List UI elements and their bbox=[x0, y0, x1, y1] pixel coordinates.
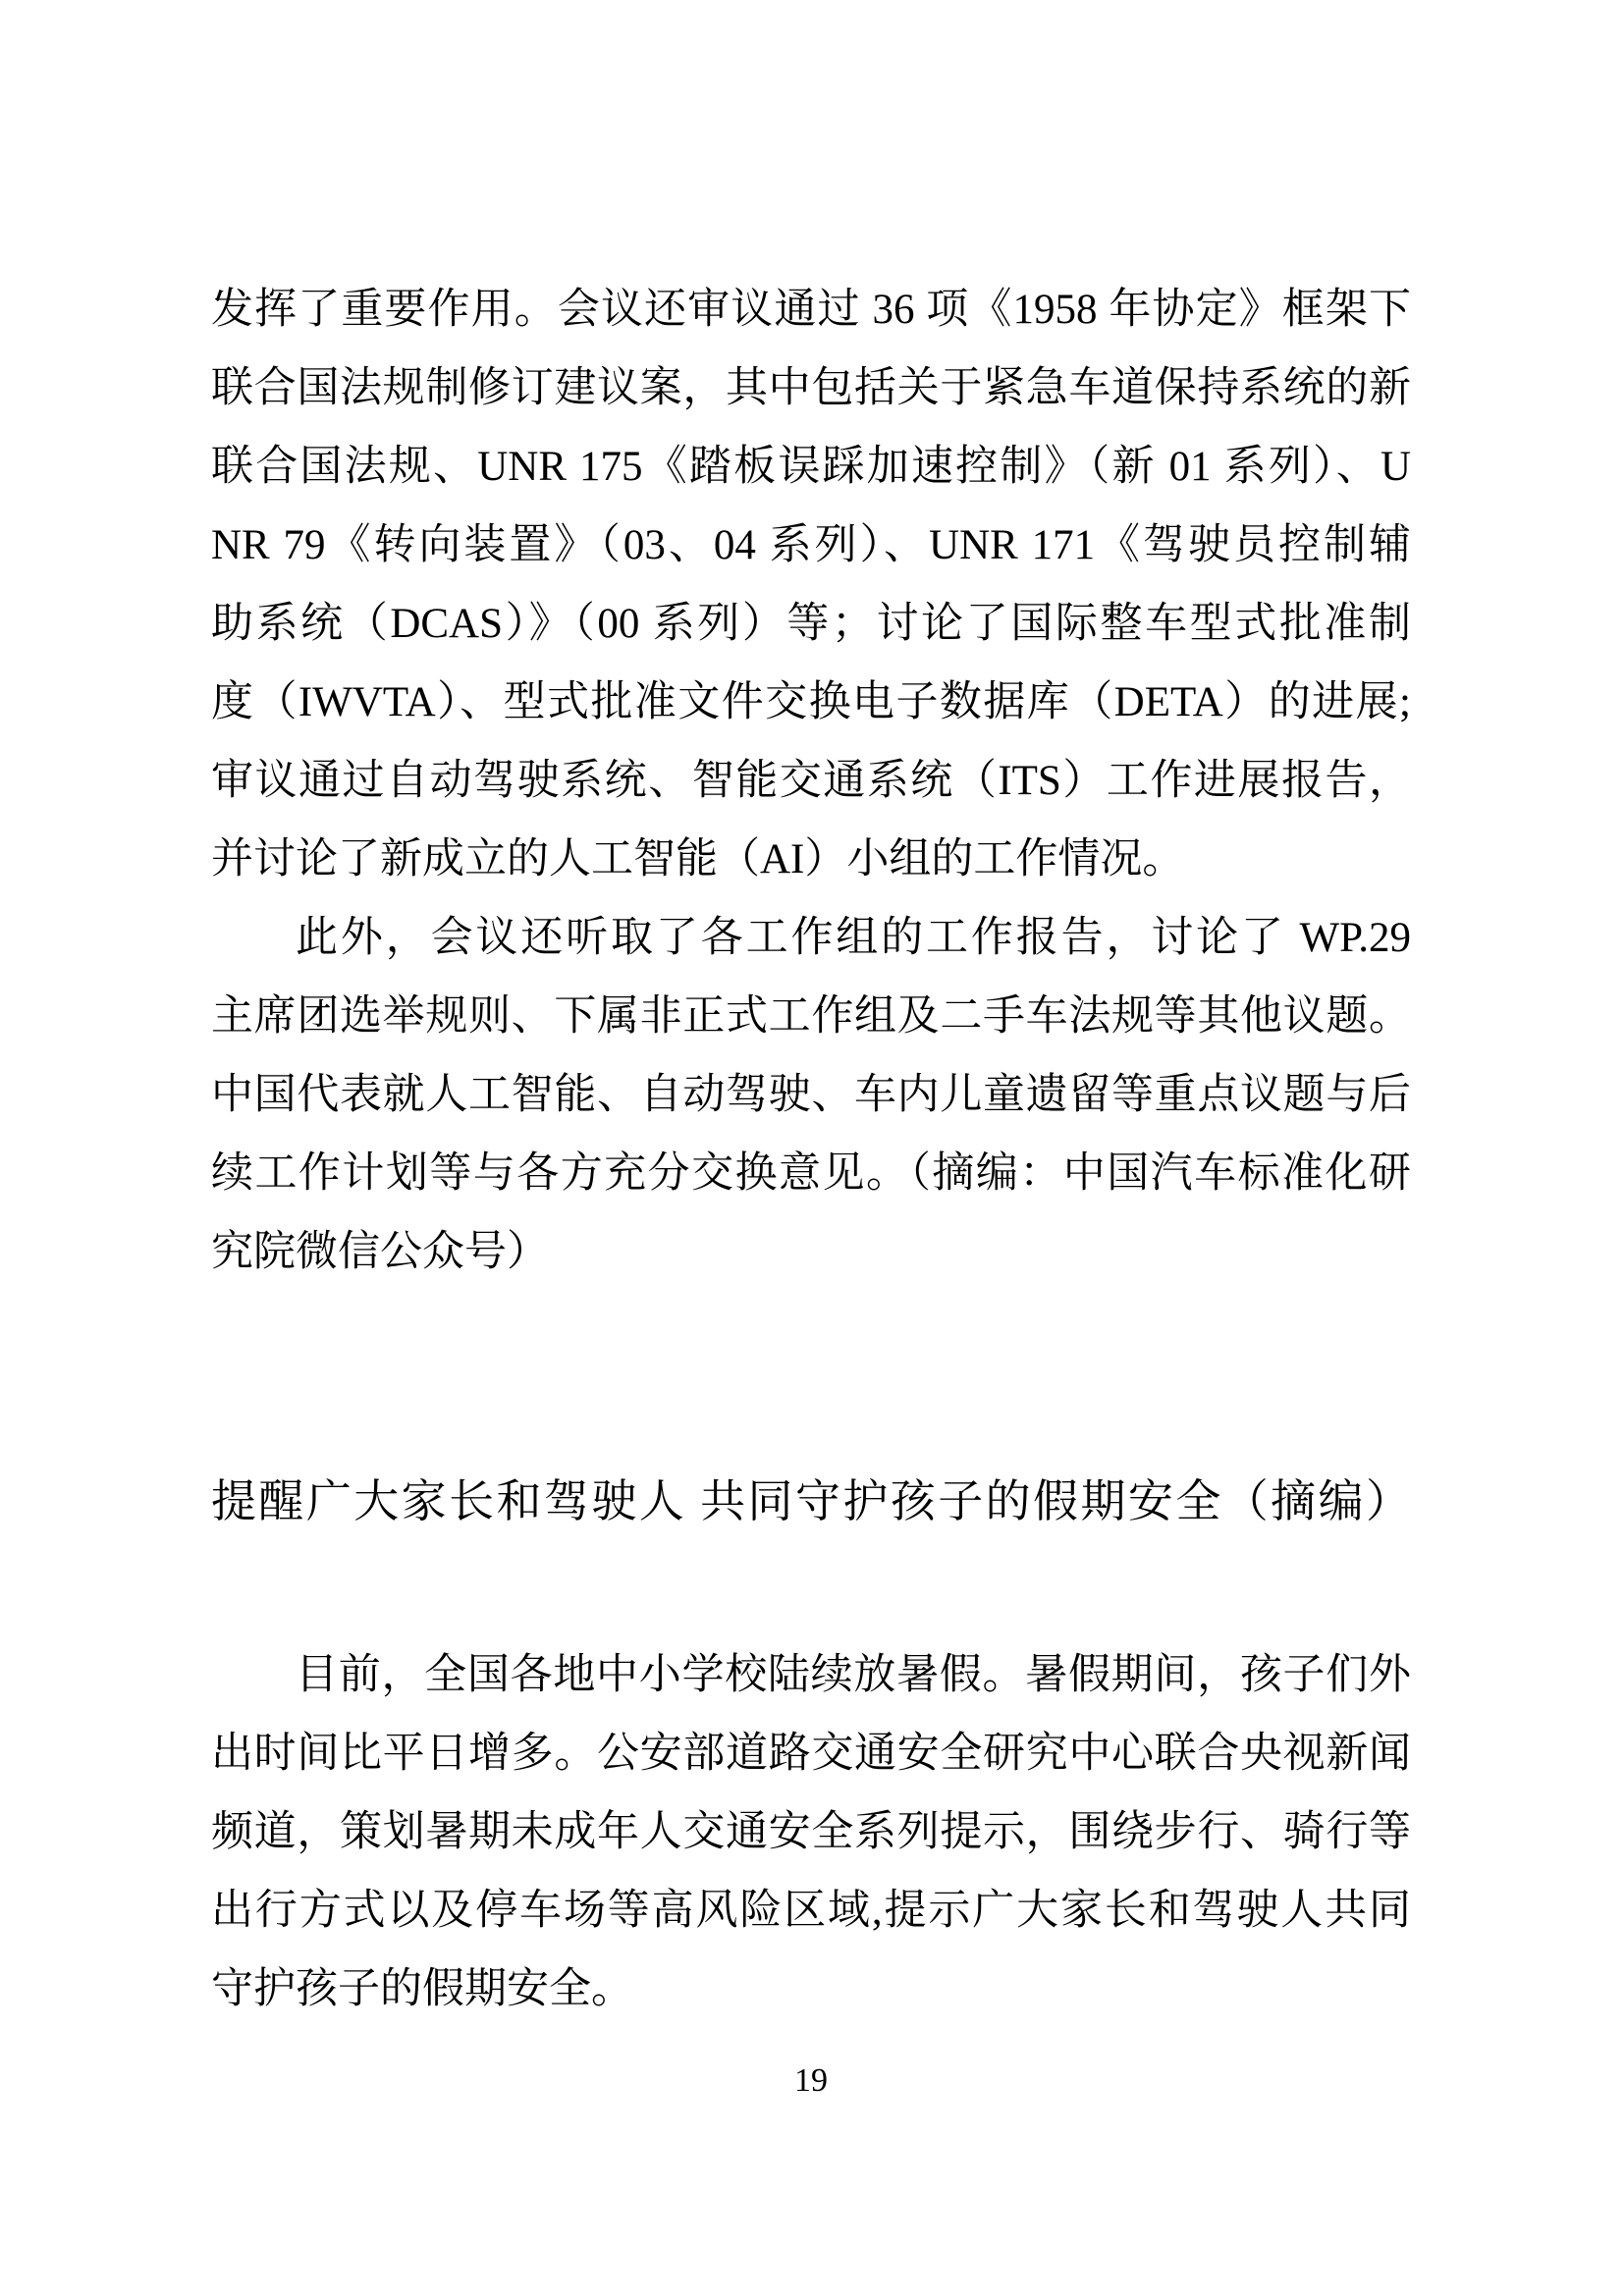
paragraph1-line: 联合国法规、UNR 175《踏板误踩加速控制》（新 01 系列）、U bbox=[211, 428, 1411, 507]
paragraph2-line: 主席团选举规则、下属非正式工作组及二手车法规等其他议题。 bbox=[211, 978, 1411, 1056]
paragraph1-line: 联合国法规制修订建议案，其中包括关于紧急车道保持系统的新 bbox=[211, 349, 1411, 428]
paragraph1-last-line: 并讨论了新成立的人工智能（AI）小组的工作情况。 bbox=[211, 821, 1411, 899]
paragraph1-line: 度（IWVTA）、型式批准文件交换电子数据库（DETA）的进展; bbox=[211, 664, 1411, 742]
paragraph1-line: 发挥了重要作用。会议还审议通过 36 项《1958 年协定》框架下 bbox=[211, 271, 1411, 349]
paragraph2-line: 续工作计划等与各方充分交换意见。（摘编：中国汽车标准化研 bbox=[211, 1135, 1411, 1213]
paragraph3-line: 频道，策划暑期未成年人交通安全系列提示，围绕步行、骑行等 bbox=[211, 1793, 1411, 1872]
paragraph2-line: 此外，会议还听取了各工作组的工作报告，讨论了 WP.29 bbox=[211, 899, 1411, 978]
paragraph-1: 发挥了重要作用。会议还审议通过 36 项《1958 年协定》框架下 联合国法规制… bbox=[211, 271, 1411, 899]
paragraph3-line: 出行方式以及停车场等高风险区域,提示广大家长和驾驶人共同 bbox=[211, 1872, 1411, 1950]
section-heading: 提醒广大家长和驾驶人 共同守护孩子的假期安全（摘编） bbox=[211, 1463, 1411, 1541]
paragraph3-last-line: 守护孩子的假期安全。 bbox=[211, 1950, 1411, 2029]
paragraph-3: 目前，全国各地中小学校陆续放暑假。暑假期间，孩子们外 出时间比平日增多。公安部道… bbox=[211, 1636, 1411, 2029]
paragraph-2: 此外，会议还听取了各工作组的工作报告，讨论了 WP.29 主席团选举规则、下属非… bbox=[211, 899, 1411, 1292]
paragraph1-line: NR 79《转向装置》（03、04 系列）、UNR 171《驾驶员控制辅 bbox=[211, 507, 1411, 585]
page-number: 19 bbox=[211, 2061, 1411, 2101]
paragraph2-line: 中国代表就人工智能、自动驾驶、车内儿童遗留等重点议题与后 bbox=[211, 1056, 1411, 1135]
paragraph3-line: 目前，全国各地中小学校陆续放暑假。暑假期间，孩子们外 bbox=[211, 1636, 1411, 1715]
paragraph3-line: 出时间比平日增多。公安部道路交通安全研究中心联合央视新闻 bbox=[211, 1715, 1411, 1793]
paragraph1-line: 审议通过自动驾驶系统、智能交通系统（ITS）工作进展报告， bbox=[211, 742, 1411, 821]
document-page: 发挥了重要作用。会议还审议通过 36 项《1958 年协定》框架下 联合国法规制… bbox=[0, 0, 1624, 2296]
paragraph1-line: 助系统（DCAS）》（00 系列）等；讨论了国际整车型式批准制 bbox=[211, 585, 1411, 664]
paragraph2-last-line: 究院微信公众号） bbox=[211, 1213, 1411, 1292]
